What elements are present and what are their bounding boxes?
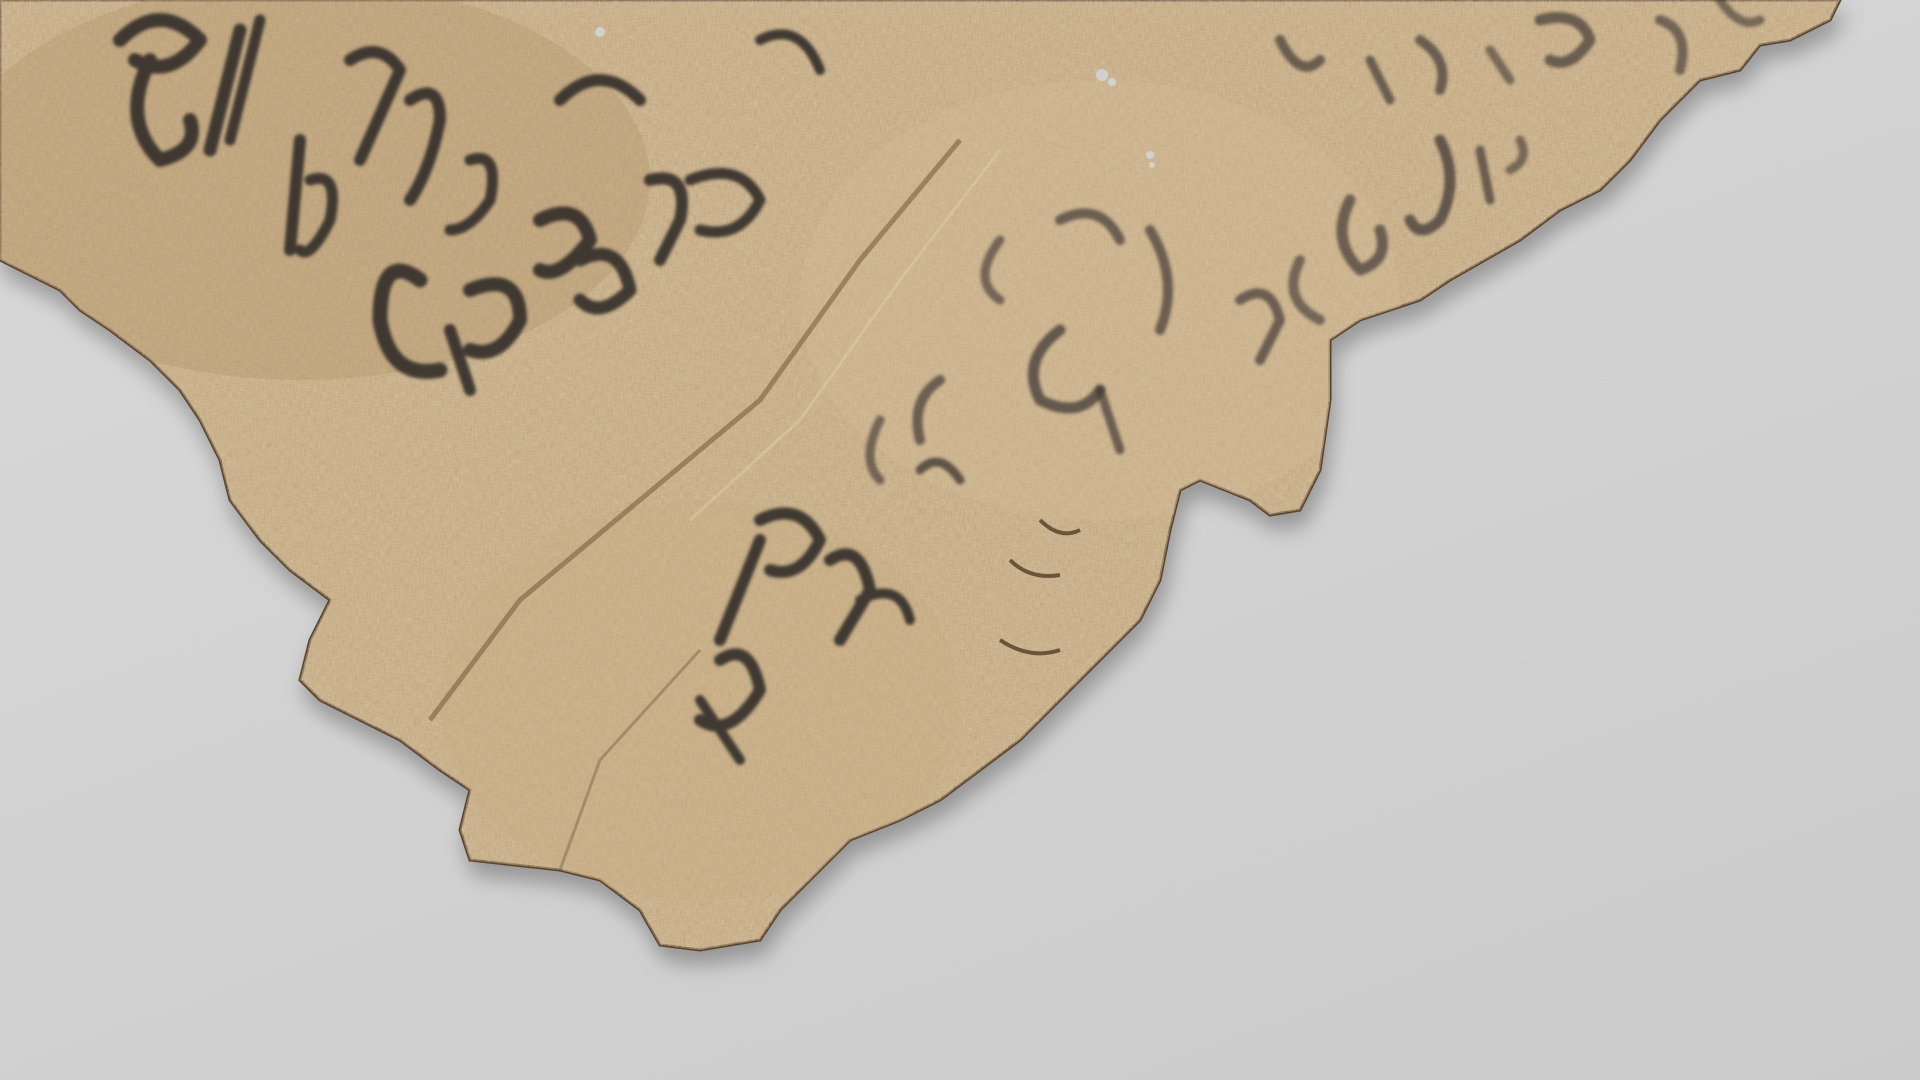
papyrus-fragment (0, 0, 1920, 1080)
photo-scene (0, 0, 1920, 1080)
